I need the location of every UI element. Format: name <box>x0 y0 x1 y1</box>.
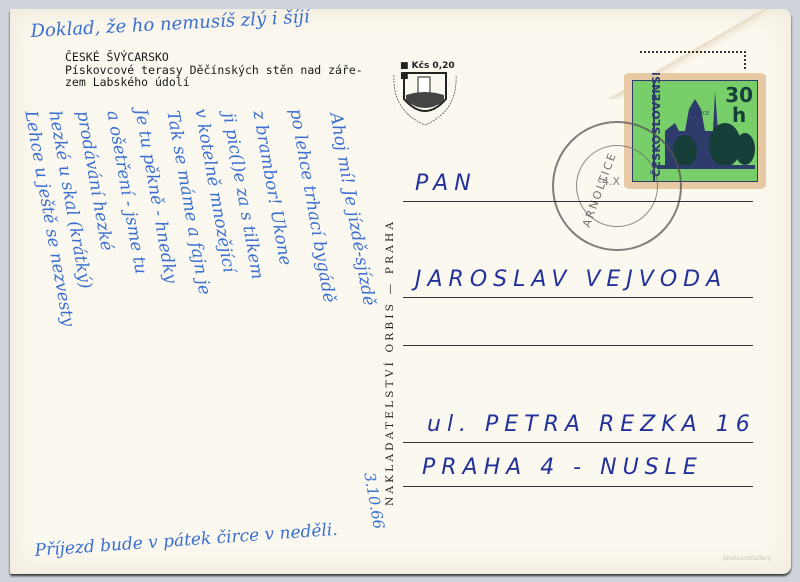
message-header: Doklad, že ho nemusíš zlý i šíjí <box>30 9 310 42</box>
castle-emblem-icon <box>388 61 462 127</box>
postmark-date: -4.X <box>598 175 620 188</box>
card-caption: ČESKÉ ŠVÝCARSKOPískovcové terasy Děčínsk… <box>65 51 363 89</box>
caption-title: ČESKÉ ŠVÝCARSKO <box>65 51 363 64</box>
address-name: JAROSLAV VEJVODA <box>415 267 727 292</box>
stamp-placement-box <box>640 51 746 69</box>
address-salutation: PAN <box>415 171 477 196</box>
stamp-value: 30h <box>725 85 753 125</box>
address-line-3 <box>403 345 753 346</box>
postcard: ČESKÉ ŠVÝCARSKOPískovcové terasy Děčínsk… <box>10 9 791 574</box>
address-city: PRAHA 4 - NUSLE <box>422 455 703 480</box>
caption-line-2: zem Labského údolí <box>65 76 363 89</box>
watermark: SpotcardGallery <box>723 555 771 562</box>
address-line-4 <box>403 442 753 443</box>
address-line-1 <box>403 201 753 202</box>
message-footer: Příjezd bude v pátek čirce v neděli. <box>34 520 338 561</box>
stamp-city: KOŠICE <box>691 111 709 117</box>
address-street: ul. PETRA REZKA 16 <box>427 412 756 437</box>
address-line-5 <box>403 486 753 487</box>
publisher-imprint: NAKLADATELSTVÍ ORBIS — PRAHA <box>384 219 396 506</box>
address-line-2 <box>403 297 753 298</box>
postmark: ARNOLTICE -4.X <box>552 121 682 251</box>
charity-logo: ■ Kčs 0,20 ■ <box>388 61 462 127</box>
